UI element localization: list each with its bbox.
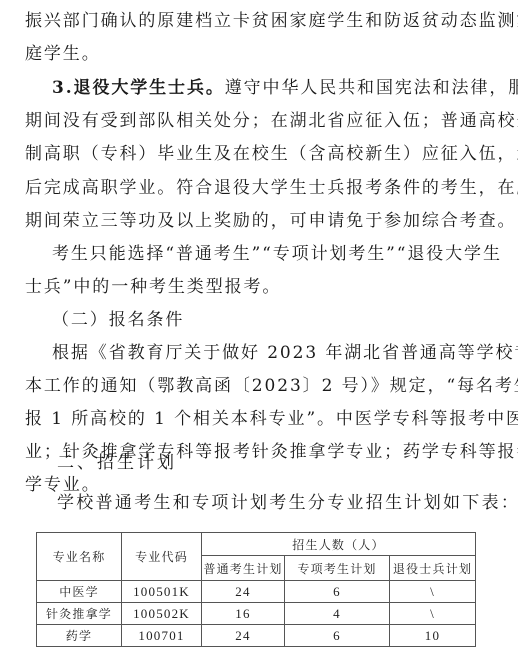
paragraph-line: 制高职（专科）毕业生及在校生（含高校新生）应征入伍，退役 <box>25 143 489 165</box>
section-heading: 二、招生计划 <box>57 452 518 474</box>
header-major-code: 专业代码 <box>122 533 202 581</box>
bold-lead-text: 3.退役大学生士兵。 <box>52 78 225 98</box>
paragraph-line: 士兵”中的一种考生类型报考。 <box>25 276 489 298</box>
paragraph-line-with-bold-lead: 3.退役大学生士兵。遵守中华人民共和国宪法和法律，服役 <box>52 77 489 99</box>
table-row: 针灸推拿学 100502K 16 4 \ <box>37 603 476 625</box>
enrollment-plan-table: 专业名称 专业代码 招生人数（人） 普通考生计划 专项考生计划 退役士兵计划 中… <box>36 532 476 647</box>
cell-major-name: 针灸推拿学 <box>37 603 122 625</box>
header-enrollment-group: 招生人数（人） <box>202 533 476 556</box>
header-special-plan: 专项考生计划 <box>285 556 390 581</box>
table-intro-text: 学校普通考生和专项计划考生分专业招生计划如下表： <box>57 492 518 514</box>
paragraph-line: 后完成高职学业。符合退役大学生士兵报考条件的考生，在服役 <box>25 177 489 199</box>
cell-special: 6 <box>285 625 390 647</box>
cell-veteran: \ <box>390 603 476 625</box>
paragraph-line: 根据《省教育厅关于做好 2023 年湖北省普通高等学校专升 <box>52 342 489 364</box>
cell-major-name: 药学 <box>37 625 122 647</box>
cell-veteran: 10 <box>390 625 476 647</box>
cell-regular: 24 <box>202 625 285 647</box>
cell-major-code: 100502K <box>122 603 202 625</box>
paragraph-line: 振兴部门确认的原建档立卡贫困家庭学生和防返贫动态监测家 <box>25 10 489 32</box>
header-veteran-plan: 退役士兵计划 <box>390 556 476 581</box>
paragraph-line: 报 1 所高校的 1 个相关本科专业”。中医学专科等报考中医学专 <box>25 408 489 430</box>
paragraph-line: 庭学生。 <box>25 43 489 65</box>
cell-special: 4 <box>285 603 390 625</box>
cell-major-name: 中医学 <box>37 581 122 603</box>
paragraph-line: 期间荣立三等功及以上奖励的，可申请免于参加综合考查。 <box>25 210 489 232</box>
header-regular-plan: 普通考生计划 <box>202 556 285 581</box>
subheading: （二）报名条件 <box>52 309 516 331</box>
paragraph-line: 期间没有受到部队相关处分；在湖北省应征入伍；普通高校全日 <box>25 110 489 132</box>
cell-major-code: 100501K <box>122 581 202 603</box>
cell-special: 6 <box>285 581 390 603</box>
header-major-name: 专业名称 <box>37 533 122 581</box>
cell-veteran: \ <box>390 581 476 603</box>
table-row: 药学 100701 24 6 10 <box>37 625 476 647</box>
paragraph-line: 考生只能选择“普通考生”“专项计划考生”“退役大学生 <box>52 243 489 265</box>
cell-major-code: 100701 <box>122 625 202 647</box>
cell-regular: 16 <box>202 603 285 625</box>
table-row: 中医学 100501K 24 6 \ <box>37 581 476 603</box>
paragraph-text: 遵守中华人民共和国宪法和法律，服役 <box>225 78 518 98</box>
cell-regular: 24 <box>202 581 285 603</box>
paragraph-line: 本工作的通知（鄂教高函〔2023〕2 号）》规定，“每名考生限 <box>25 375 489 397</box>
